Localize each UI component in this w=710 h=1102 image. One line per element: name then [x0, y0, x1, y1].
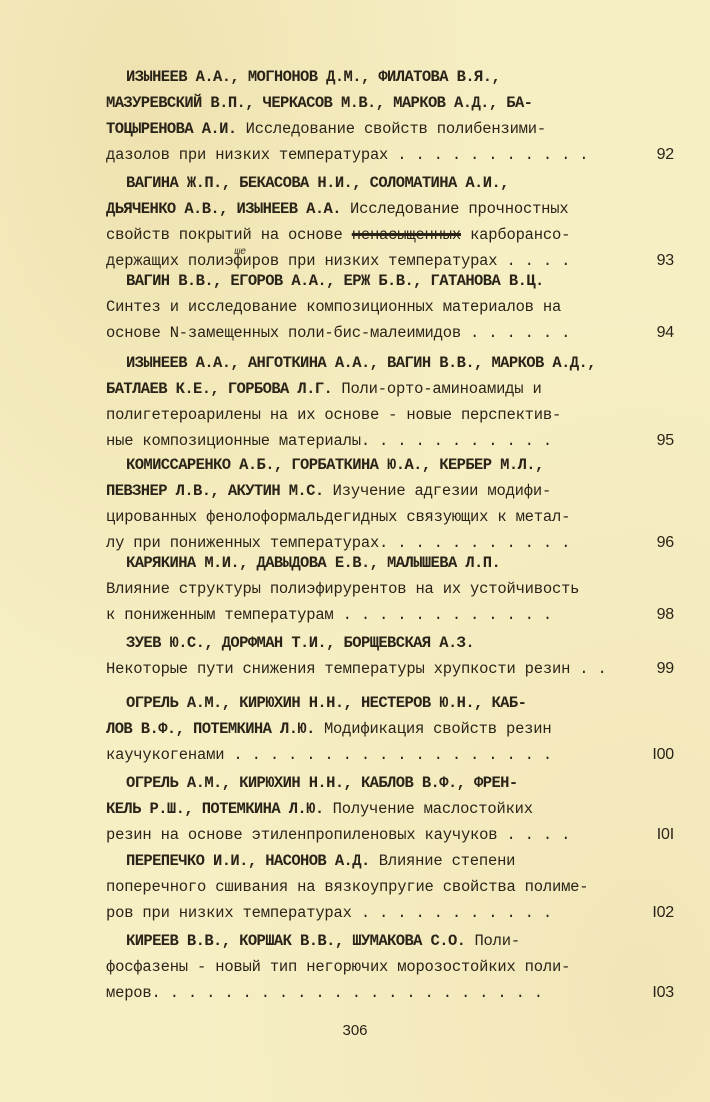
toc-line: ПЕВЗНЕР Л.В., АКУТИН М.С. Изучение адгез…: [106, 478, 674, 504]
toc-line: цированных фенолоформальдегидных связующ…: [106, 504, 674, 530]
authors: ЗУЕВ Ю.С., ДОРФМАН Т.И., БОРЩЕВСКАЯ А.З.: [126, 634, 474, 652]
toc-line: ОГРЕЛЬ А.М., КИРЮХИН Н.Н., КАБЛОВ В.Ф., …: [106, 770, 674, 796]
authors: ОГРЕЛЬ А.М., КИРЮХИН Н.Н., КАБЛОВ В.Ф., …: [126, 774, 518, 792]
toc-line: КИРЕЕВ В.В., КОРШАК В.В., ШУМАКОВА С.О. …: [106, 928, 674, 954]
authors: КАРЯКИНА М.И., ДАВЫДОВА Е.В., МАЛЫШЕВА Л…: [126, 554, 500, 572]
authors: ИЗЫНЕЕВ А.А., АНГОТКИНА А.А., ВАГИН В.В.…: [126, 354, 596, 372]
document-page: ИЗЫНЕЕВ А.А., МОГНОНОВ Д.М., ФИЛАТОВА В.…: [0, 0, 710, 1102]
title-text: Влияние структуры полиэфирурентов на их …: [106, 580, 579, 598]
toc-line: фосфазены - новый тип негорючих морозост…: [106, 954, 674, 980]
toc-line: КОМИССАРЕНКО А.Б., ГОРБАТКИНА Ю.А., КЕРБ…: [106, 452, 674, 478]
toc-entry: ВАГИН В.В., ЕГОРОВ А.А., ЕРЖ Б.В., ГАТАН…: [106, 268, 674, 346]
authors: ОГРЕЛЬ А.М., КИРЮХИН Н.Н., НЕСТЕРОВ Ю.Н.…: [126, 694, 526, 712]
authors: БАТЛАЕВ К.Е., ГОРБОВА Л.Г.: [106, 380, 332, 398]
title-text: Изучение адгезии модифи-: [324, 482, 552, 500]
toc-line: ров при низких температурах . . . . . . …: [106, 900, 674, 926]
toc-entry: ОГРЕЛЬ А.М., КИРЮХИН Н.Н., КАБЛОВ В.Ф., …: [106, 770, 674, 848]
toc-entry: ИЗЫНЕЕВ А.А., АНГОТКИНА А.А., ВАГИН В.В.…: [106, 350, 674, 454]
toc-entry: КАРЯКИНА М.И., ДАВЫДОВА Е.В., МАЛЫШЕВА Л…: [106, 550, 674, 628]
struck-text: ненасыщенных: [352, 226, 461, 244]
title-text: ров при низких температурах . . . . . . …: [106, 904, 552, 922]
toc-entry: КОМИССАРЕНКО А.Б., ГОРБАТКИНА Ю.А., КЕРБ…: [106, 452, 674, 556]
toc-line: поперечного сшивания на вязкоупругие сво…: [106, 874, 674, 900]
page-ref: 92: [657, 142, 674, 168]
authors: ДЬЯЧЕНКО А.В., ИЗЫНЕЕВ А.А.: [106, 200, 341, 218]
toc-line: ВАГИНА Ж.П., БЕКАСОВА Н.И., СОЛОМАТИНА А…: [106, 170, 674, 196]
toc-line: БАТЛАЕВ К.Е., ГОРБОВА Л.Г. Поли-орто-ами…: [106, 376, 674, 402]
toc-line: КАРЯКИНА М.И., ДАВЫДОВА Е.В., МАЛЫШЕВА Л…: [106, 550, 674, 576]
toc-line: Некоторые пути снижения температуры хруп…: [106, 656, 674, 682]
title-text: меров. . . . . . . . . . . . . . . . . .…: [106, 984, 543, 1002]
toc-line: дазолов при низких температурах . . . . …: [106, 142, 674, 168]
toc-line: ЛОВ В.Ф., ПОТЕМКИНА Л.Ю. Модификация сво…: [106, 716, 674, 742]
title-text: дазолов при низких температурах . . . . …: [106, 146, 588, 164]
title-text: полигетероарилены на их основе - новые п…: [106, 406, 561, 424]
page-ref: I02: [652, 900, 674, 926]
title-text: Исследование свойств полибензими-: [237, 120, 546, 138]
page-ref: I0I: [657, 822, 674, 848]
toc-line: Влияние структуры полиэфирурентов на их …: [106, 576, 674, 602]
toc-line: полигетероарилены на их основе - новые п…: [106, 402, 674, 428]
page-number: 306: [0, 1022, 710, 1039]
toc-line: резин на основе этиленпропиленовых каучу…: [106, 822, 674, 848]
authors: ВАГИНА Ж.П., БЕКАСОВА Н.И., СОЛОМАТИНА А…: [126, 174, 509, 192]
toc-line: к пониженным температурам . . . . . . . …: [106, 602, 674, 628]
authors: ИЗЫНЕЕВ А.А., МОГНОНОВ Д.М., ФИЛАТОВА В.…: [126, 68, 500, 86]
authors: ЛОВ В.Ф., ПОТЕМКИНА Л.Ю.: [106, 720, 315, 738]
title-text: резин на основе этиленпропиленовых каучу…: [106, 826, 570, 844]
authors: КОМИССАРЕНКО А.Б., ГОРБАТКИНА Ю.А., КЕРБ…: [126, 456, 544, 474]
toc-entry: ОГРЕЛЬ А.М., КИРЮХИН Н.Н., НЕСТЕРОВ Ю.Н.…: [106, 690, 674, 768]
title-text: Поли-: [465, 932, 520, 950]
title-text: фосфазены - новый тип негорючих морозост…: [106, 958, 570, 976]
title-text: Исследование прочностных: [341, 200, 569, 218]
page-ref: 94: [657, 320, 674, 346]
toc-line: каучукогенами . . . . . . . . . . . . . …: [106, 742, 674, 768]
toc-line: ПЕРЕПЕЧКО И.И., НАСОНОВ А.Д. Влияние сте…: [106, 848, 674, 874]
toc-line: свойств покрытий на основе ненасыщенных …: [106, 222, 674, 248]
toc-line: ВАГИН В.В., ЕГОРОВ А.А., ЕРЖ Б.В., ГАТАН…: [106, 268, 674, 294]
title-text: Синтез и исследование композиционных мат…: [106, 298, 561, 316]
toc-line: меров. . . . . . . . . . . . . . . . . .…: [106, 980, 674, 1006]
toc-entry: ЗУЕВ Ю.С., ДОРФМАН Т.И., БОРЩЕВСКАЯ А.З.…: [106, 630, 674, 682]
toc-line: КЕЛЬ Р.Ш., ПОТЕМКИНА Л.Ю. Получение масл…: [106, 796, 674, 822]
authors: ТОЦЫРЕНОВА А.И.: [106, 120, 237, 138]
toc-line: ные композиционные материалы. . . . . . …: [106, 428, 674, 454]
page-ref: I03: [652, 980, 674, 1006]
authors: ПЕРЕПЕЧКО И.И., НАСОНОВ А.Д.: [126, 852, 370, 870]
page-ref: I00: [652, 742, 674, 768]
title-text: основе N-замещенных поли-бис-малеимидов …: [106, 324, 570, 342]
title-text: поперечного сшивания на вязкоупругие сво…: [106, 878, 588, 896]
page-ref: 99: [657, 656, 674, 682]
title-text: ные композиционные материалы. . . . . . …: [106, 432, 552, 450]
authors: КЕЛЬ Р.Ш., ПОТЕМКИНА Л.Ю.: [106, 800, 324, 818]
toc-line: ЗУЕВ Ю.С., ДОРФМАН Т.И., БОРЩЕВСКАЯ А.З.: [106, 630, 674, 656]
authors: ВАГИН В.В., ЕГОРОВ А.А., ЕРЖ Б.В., ГАТАН…: [126, 272, 544, 290]
toc-entry: ИЗЫНЕЕВ А.А., МОГНОНОВ Д.М., ФИЛАТОВА В.…: [106, 64, 674, 168]
toc-entry: ПЕРЕПЕЧКО И.И., НАСОНОВ А.Д. Влияние сте…: [106, 848, 674, 926]
toc-line: ИЗЫНЕЕВ А.А., АНГОТКИНА А.А., ВАГИН В.В.…: [106, 350, 674, 376]
toc-line: ТОЦЫРЕНОВА А.И. Исследование свойств пол…: [106, 116, 674, 142]
toc-line: ИЗЫНЕЕВ А.А., МОГНОНОВ Д.М., ФИЛАТОВА В.…: [106, 64, 674, 90]
title-text: свойств покрытий на основе: [106, 226, 352, 244]
authors: МАЗУРЕВСКИЙ В.П., ЧЕРКАСОВ М.В., МАРКОВ …: [106, 94, 532, 112]
toc-line: основе N-замещенных поли-бис-малеимидов …: [106, 320, 674, 346]
title-text: карборансо-: [461, 226, 570, 244]
title-text: цированных фенолоформальдегидных связующ…: [106, 508, 570, 526]
page-ref: 95: [657, 428, 674, 454]
title-text: Получение маслостойких: [324, 800, 533, 818]
toc-entry: КИРЕЕВ В.В., КОРШАК В.В., ШУМАКОВА С.О. …: [106, 928, 674, 1006]
title-text: Поли-орто-аминоамиды и: [332, 380, 541, 398]
toc-line: ДЬЯЧЕНКО А.В., ИЗЫНЕЕВ А.А. Исследование…: [106, 196, 674, 222]
toc-line: МАЗУРЕВСКИЙ В.П., ЧЕРКАСОВ М.В., МАРКОВ …: [106, 90, 674, 116]
toc-entry: ВАГИНА Ж.П., БЕКАСОВА Н.И., СОЛОМАТИНА А…: [106, 170, 674, 274]
title-text: каучукогенами . . . . . . . . . . . . . …: [106, 746, 552, 764]
page-ref: 98: [657, 602, 674, 628]
toc-line: Синтез и исследование композиционных мат…: [106, 294, 674, 320]
title-text: к пониженным температурам . . . . . . . …: [106, 606, 552, 624]
title-text: Некоторые пути снижения температуры хруп…: [106, 660, 607, 678]
authors: КИРЕЕВ В.В., КОРШАК В.В., ШУМАКОВА С.О.: [126, 932, 465, 950]
title-text: Модификация свойств резин: [315, 720, 552, 738]
toc-line: ОГРЕЛЬ А.М., КИРЮХИН Н.Н., НЕСТЕРОВ Ю.Н.…: [106, 690, 674, 716]
title-text: Влияние степени: [370, 852, 516, 870]
authors: ПЕВЗНЕР Л.В., АКУТИН М.С.: [106, 482, 324, 500]
